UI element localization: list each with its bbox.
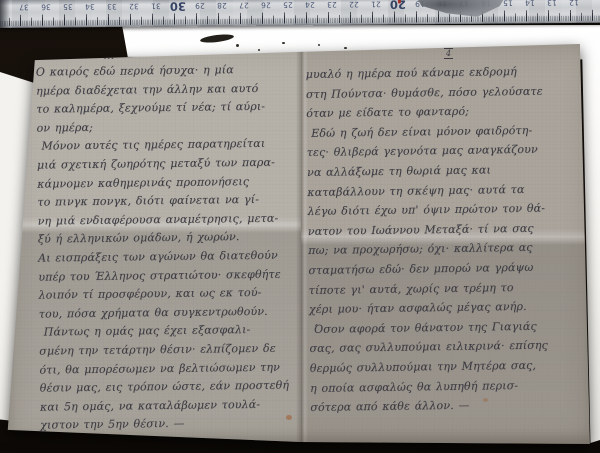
ruler-number: 29 [192,1,208,10]
ruler-number: 30 [170,0,186,13]
ruler-number: 27 [236,1,252,10]
ruler-number: 34 [82,2,98,11]
right-page-number: 4 [444,48,453,59]
ruler-number: 28 [214,1,230,10]
handwriting-line: στη Πούντσα· θυμάσθε, πόσο γελούσατε [306,81,584,104]
photo-stage: ΙΙΙ 4 Ο καιρός εδώ περνά ήσυχα· η μίαημέ… [0,0,600,453]
ruler-cm-ticks [0,10,600,26]
ruler-number: 26 [258,1,274,10]
ruler-number: 21 [368,0,384,9]
ruler: 3736353433323130292827262524232221201918… [0,0,600,28]
handwriting-line: του, πόσα χρήματα θα συγκεντρωθούν. [39,302,299,324]
handwriting-line: σμένη την τετάρτην θέσιν· ελπίζομεν δε [39,339,299,361]
handwriting-line: χιστον την 5ην θέσιν. — [40,414,300,436]
ruler-left-end-shadow [0,0,10,28]
ruler-mm-ticks [0,16,600,26]
handwriting-line: Αι εισπράξεις των αγώνων θα διατεθούν [38,246,298,268]
handwriting-line: νη μιά ενδιαφέρουσα αναμέτρησις, μετα- [38,209,298,231]
ruler-damage-patch [416,0,506,17]
ruler-number: 36 [38,3,54,12]
ruler-number: 33 [104,2,120,11]
ruler-number: 24 [302,0,318,9]
ruler-number: 14 [522,0,538,7]
handwriting-line: σας, σας συλλυπούμαι ειλικρινά· επίσης [309,335,587,358]
rust-stain [483,398,488,402]
right-page-text: μυαλό η ημέρα πού κάναμε εκδρομήστη Πούν… [306,61,589,418]
handwriting-line: λέγω διότι έχω υπ' όψιν πρώτον τον θά- [307,198,585,221]
red-paint-speck [398,0,401,4]
letter-sheet: ΙΙΙ 4 Ο καιρός εδώ περνά ήσυχα· η μίαημέ… [6,42,594,444]
ruler-number: 12 [566,0,582,7]
ruler-number: 25 [280,0,296,9]
left-page-text: Ο καιρός εδώ περνά ήσυχα· η μίαημέρα δια… [36,60,301,435]
handwriting-line: το καλημέρα, ξεχνούμε τί νέα; τί αύρι- [36,98,296,120]
handwriting-line: σότερα από κάθε άλλον. — [310,394,588,417]
paper: ΙΙΙ 4 Ο καιρός εδώ περνά ήσυχα· η μίαημέ… [6,42,594,444]
ruler-number: 32 [126,2,142,11]
ruler-number: 23 [324,0,340,9]
left-page-number: ΙΙΙ [102,52,117,61]
ruler-number: 37 [16,3,32,12]
ruler-halfcm-ticks [0,13,600,26]
ruler-number: 13 [544,0,560,7]
handwriting-line: μιά σχετική ζωηρότης μεταξύ των παρα- [37,153,297,175]
handwriting-line: θέσιν μας, εις τρόπον ώστε, εάν προστεθή [40,376,300,398]
ruler-number: 22 [346,0,362,9]
rust-stain [286,415,292,420]
ruler-number: 31 [148,2,164,11]
ruler-number: 35 [60,2,76,11]
